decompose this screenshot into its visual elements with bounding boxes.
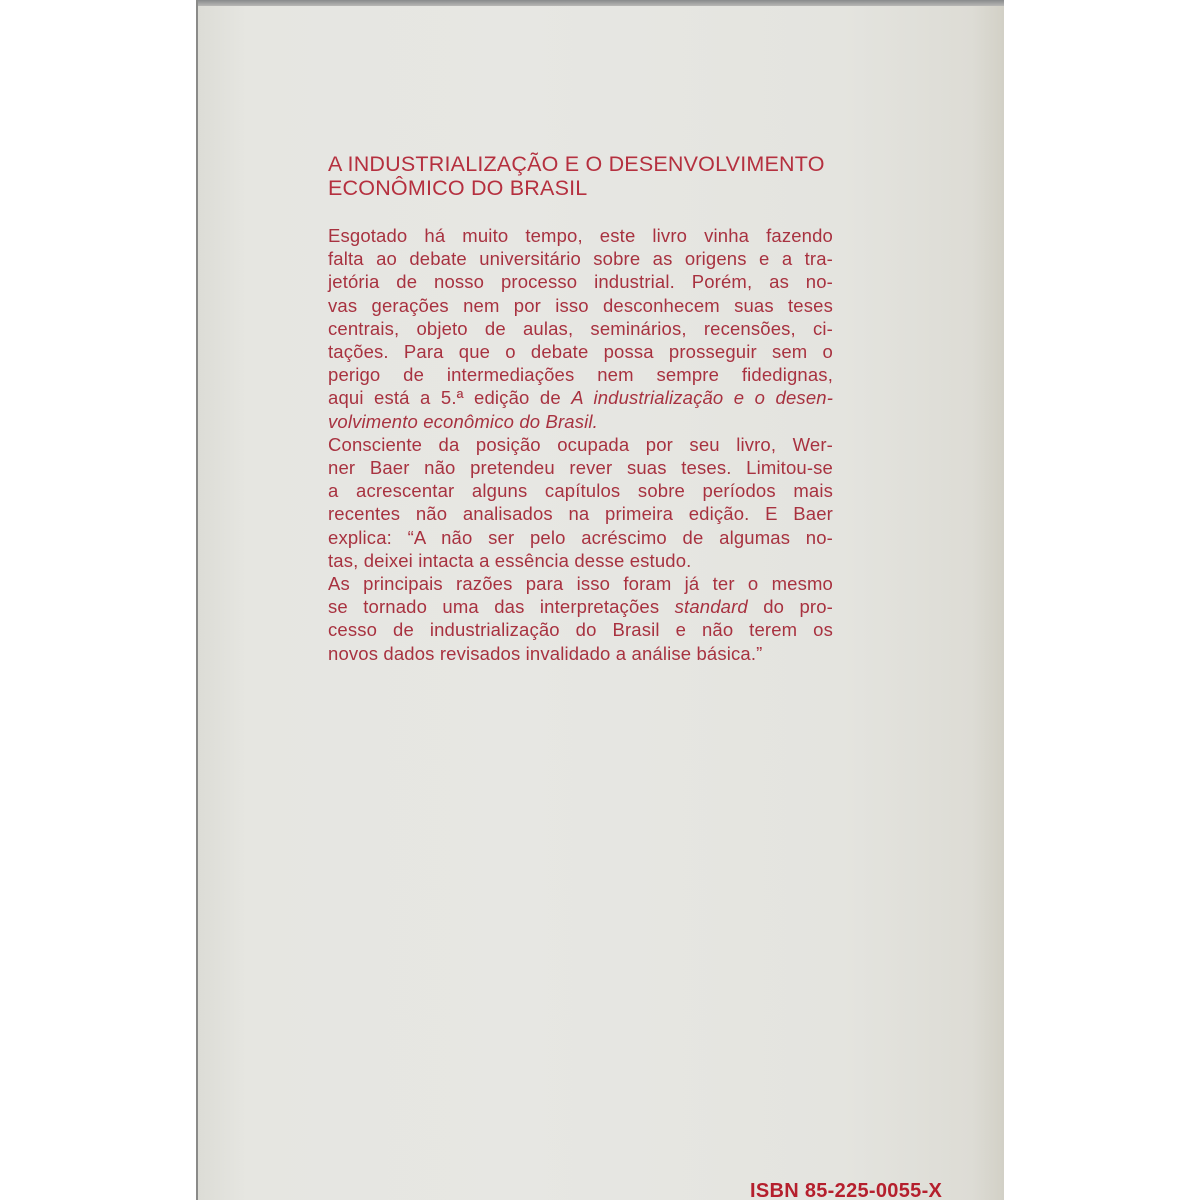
italic-text: A industrialização e o desen- [571, 387, 833, 408]
blurb-line: jetória de nosso processo industrial. Po… [328, 270, 833, 293]
blurb-line: Esgotado há muito tempo, este livro vinh… [328, 224, 833, 247]
blurb-line: se tornado uma das interpretações standa… [328, 595, 833, 618]
blurb-line: aqui está a 5.ª edição de A industrializ… [328, 386, 833, 409]
italic-text: standard [675, 596, 748, 617]
blurb-line: Consciente da posição ocupada por seu li… [328, 433, 833, 456]
blurb-line: explica: “A não ser pelo acréscimo de al… [328, 526, 833, 549]
blurb-line: falta ao debate universitário sobre as o… [328, 247, 833, 270]
isbn-label: ISBN 85-225-0055-X [750, 1180, 942, 1200]
blurb-line: cesso de industrialização do Brasil e nã… [328, 618, 833, 641]
book-title: A INDUSTRIALIZAÇÃO E O DESENVOLVIMENTO E… [328, 152, 848, 200]
blurb-line: centrais, objeto de aulas, seminários, r… [328, 317, 833, 340]
blurb-line: volvimento econômico do Brasil. [328, 410, 833, 433]
blurb-line: perigo de intermediações nem sempre fide… [328, 363, 833, 386]
blurb-line: recentes não analisados na primeira ediç… [328, 502, 833, 525]
blurb-text: Esgotado há muito tempo, este livro vinh… [328, 224, 833, 665]
blurb-line: tas, deixei intacta a essência desse est… [328, 549, 833, 572]
blurb-line: novos dados revisados invalidado a análi… [328, 642, 833, 665]
blurb-line: As principais razões para isso foram já … [328, 572, 833, 595]
blurb-line: ner Baer não pretendeu rever suas teses.… [328, 456, 833, 479]
book-back-cover: A INDUSTRIALIZAÇÃO E O DESENVOLVIMENTO E… [196, 0, 1004, 1200]
title-line: A INDUSTRIALIZAÇÃO E O DESENVOLVIMENTO [328, 152, 848, 176]
blurb-line: vas gerações nem por isso desconhecem su… [328, 294, 833, 317]
blurb-line: tações. Para que o debate possa prossegu… [328, 340, 833, 363]
title-line: ECONÔMICO DO BRASIL [328, 176, 848, 200]
italic-text: volvimento econômico do Brasil. [328, 411, 598, 432]
blurb-line: a acrescentar alguns capítulos sobre per… [328, 479, 833, 502]
